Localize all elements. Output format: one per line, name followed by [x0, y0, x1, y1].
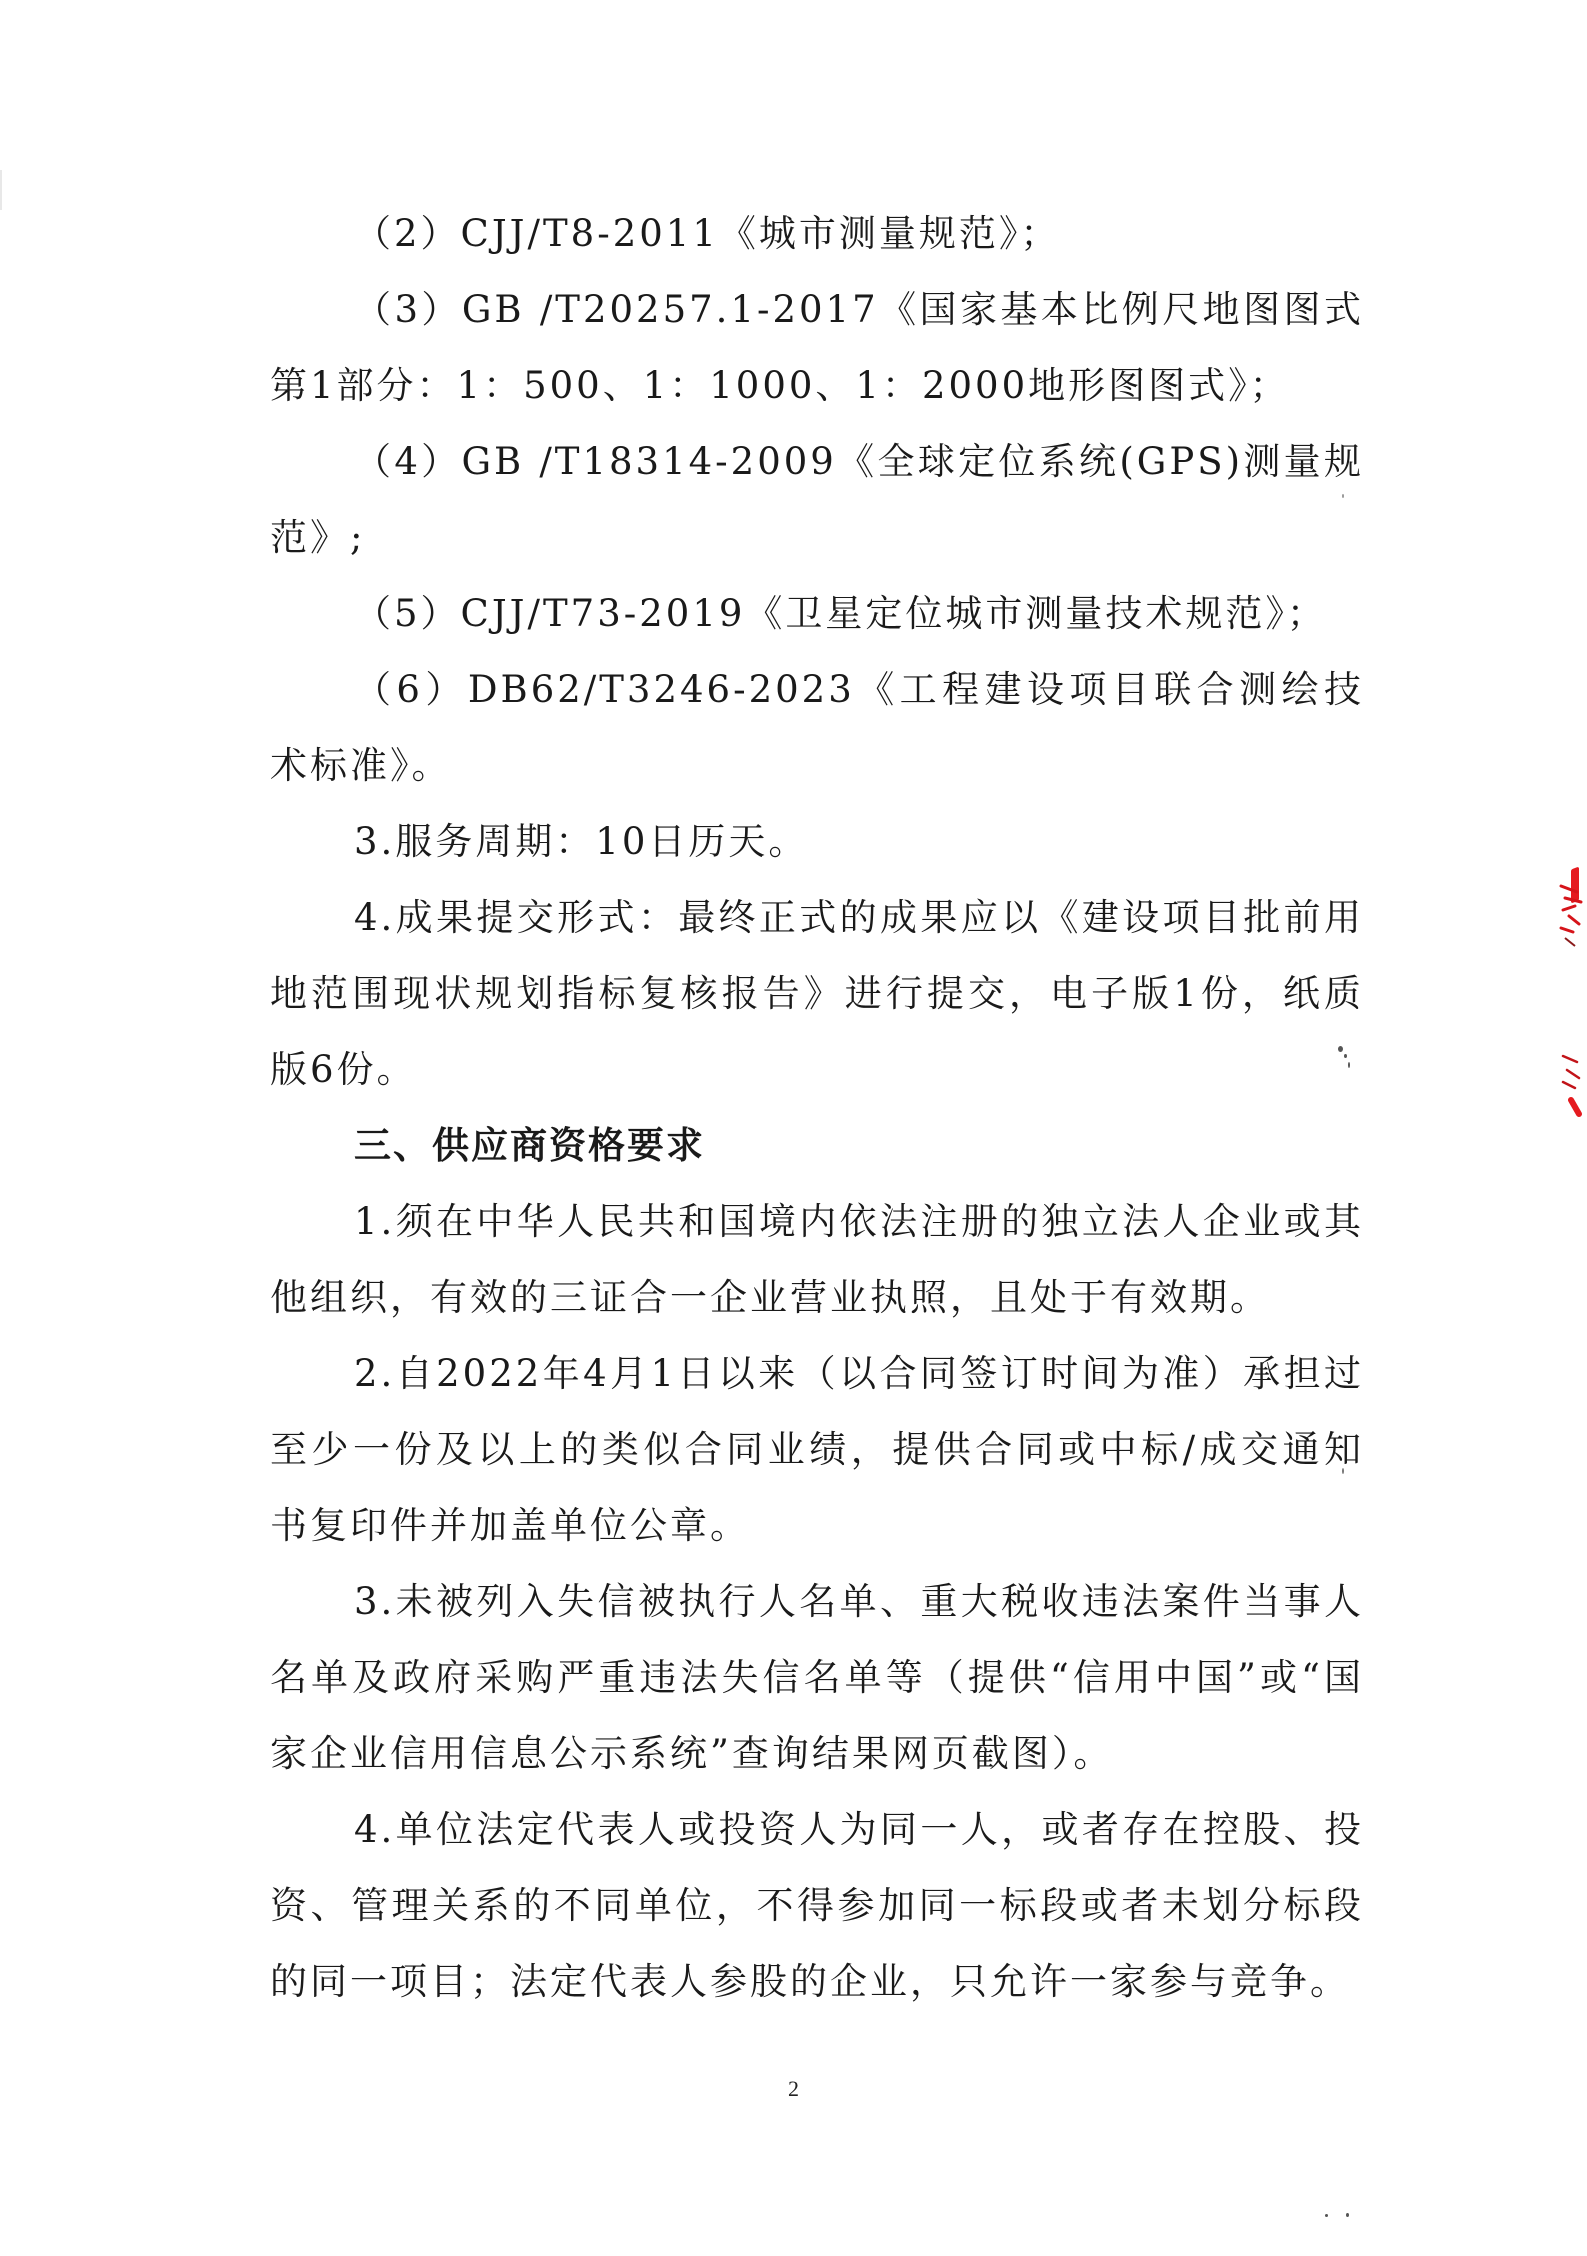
qualification-clause-2: 2.自2022年4月1日以来（以合同签订时间为准）承担过至少一份及以上的类似合同… [270, 1336, 1364, 1564]
scan-speck [1342, 494, 1344, 498]
scan-speck [1348, 1062, 1350, 1068]
document-body: （2）CJJ/T8-2011《城市测量规范》； （3）GB /T20257.1-… [270, 196, 1364, 2020]
standard-item-5: （5）CJJ/T73-2019《卫星定位城市测量技术规范》； [270, 576, 1364, 652]
seal-fragment-icon [1555, 880, 1585, 960]
document-page: （2）CJJ/T8-2011《城市测量规范》； （3）GB /T20257.1-… [0, 0, 1587, 2256]
standard-item-4: （4）GB /T18314-2009《全球定位系统(GPS)测量规范》; [270, 424, 1364, 576]
qualification-clause-3: 3.未被列入失信被执行人名单、重大税收违法案件当事人名单及政府采购严重违法失信名… [270, 1564, 1364, 1792]
scan-speck [1344, 1054, 1347, 1058]
section-heading-supplier-qualifications: 三、供应商资格要求 [270, 1108, 1364, 1184]
scan-speck [1325, 2214, 1328, 2217]
scan-speck [1346, 2213, 1349, 2217]
page-number: 2 [0, 2076, 1587, 2102]
standard-item-6: （6）DB62/T3246-2023《工程建设项目联合测绘技术标准》。 [270, 652, 1364, 804]
scan-edge-artifact [0, 170, 2, 210]
standard-item-2: （2）CJJ/T8-2011《城市测量规范》； [270, 196, 1364, 272]
scan-speck [1338, 1046, 1343, 1052]
service-period-clause: 3.服务周期：10日历天。 [270, 804, 1364, 880]
scan-speck [1342, 1468, 1344, 1474]
standard-item-3: （3）GB /T20257.1-2017《国家基本比例尺地图图式第1部分：1：5… [270, 272, 1364, 424]
qualification-clause-4: 4.单位法定代表人或投资人为同一人，或者存在控股、投资、管理关系的不同单位，不得… [270, 1792, 1364, 2020]
qualification-clause-1: 1.须在中华人民共和国境内依法注册的独立法人企业或其他组织，有效的三证合一企业营… [270, 1184, 1364, 1336]
deliverable-format-clause: 4.成果提交形式：最终正式的成果应以《建设项目批前用地范围现状规划指标复核报告》… [270, 880, 1364, 1108]
seal-fragment-icon [1557, 1048, 1583, 1118]
